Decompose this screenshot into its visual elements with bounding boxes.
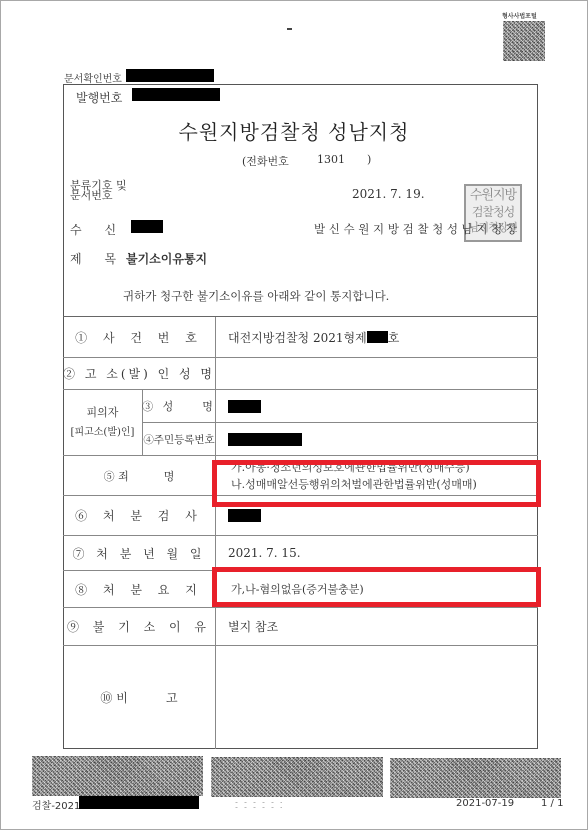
suspect-name-value: [216, 390, 538, 422]
suspect-group-label: 피의자 [피고소(발)인]: [63, 390, 143, 456]
case-number-text: 대전지방검찰청 2021형제: [228, 329, 367, 346]
case-number-value: 대전지방검찰청 2021형제 호: [216, 317, 538, 357]
doc-code-redacted: [79, 796, 199, 809]
barcode-2-icon: [211, 757, 383, 797]
recipient-redacted: [131, 220, 163, 233]
suspect-name-label: ③ 성 명: [143, 390, 216, 422]
agency-title: 수원지방검찰청 성남지청: [0, 116, 588, 145]
doc-code-prefix: 검찰-2021-: [32, 797, 84, 812]
table-row-nonprosecution-reason: ⑨ 불 기 소 이 유 별지 참조: [63, 608, 538, 646]
subject-label: 제 목: [70, 250, 116, 267]
table-row-case-number: ① 사 건 번 호 대전지방검찰청 2021형제 호: [63, 317, 538, 358]
table-row-remarks: ⑩ 비 고: [63, 646, 538, 749]
nonprosecution-reason-label: ⑨ 불 기 소 이 유: [63, 608, 216, 645]
doc-confirm-label: 문서확인번호: [64, 70, 122, 85]
phone-value: 1301: [317, 153, 345, 166]
remarks-value: [216, 646, 538, 749]
nonprosecution-reason-value: 별지 참조: [216, 608, 538, 645]
remarks-label: ⑩ 비 고: [63, 646, 216, 749]
resident-number-redacted: [228, 433, 302, 446]
disposition-date-value: 2021. 7. 15.: [216, 536, 538, 570]
qr-code-icon: [503, 21, 545, 61]
suspect-name-redacted: [228, 400, 261, 413]
table-row-complainant: ② 고 소(발) 인 성 명: [63, 358, 538, 390]
notice-body: 귀하가 청구한 불기소이유를 아래와 같이 통지합니다.: [123, 288, 389, 304]
complainant-label: ② 고 소(발) 인 성 명: [63, 358, 216, 389]
barcode-1-icon: [32, 756, 203, 796]
classification-label-line2: 문서번호: [70, 191, 127, 201]
suspect-sub-label: [피고소(발)인]: [71, 423, 135, 443]
issue-no-redacted: [132, 88, 220, 101]
resident-number-label: ④주민등록번호: [143, 423, 216, 455]
stamp-line-1: 수원지방: [466, 188, 520, 204]
resident-number-value: [216, 423, 538, 455]
doc-confirm-number-redacted: [126, 69, 214, 82]
phone-close: ): [367, 153, 371, 166]
scan-mark: [287, 28, 292, 30]
table-row-suspect-name: ③ 성 명: [143, 390, 538, 423]
sender-label: 발 신 수 원 지 방 검 찰 청 성 남 지 청 장: [314, 221, 517, 237]
notice-table: ① 사 건 번 호 대전지방검찰청 2021형제 호 ② 고 소(발) 인 성 …: [63, 316, 538, 317]
case-number-suffix: 호: [388, 329, 400, 346]
print-date: 2021-07-19: [456, 798, 514, 809]
disposition-date-label: ⑦ 처 분 년 월 일: [63, 536, 216, 570]
case-number-redacted: [367, 331, 388, 343]
charges-label: ⑤ 죄 명: [63, 456, 216, 495]
case-number-label: ① 사 건 번 호: [63, 317, 216, 357]
classification-label: 분류기호 및 문서번호: [70, 181, 127, 201]
highlight-charges: [212, 460, 541, 507]
dots-mark: [232, 800, 282, 808]
phone-label: (전화번호: [242, 153, 289, 169]
table-row-disposition-date: ⑦ 처 분 년 월 일 2021. 7. 15.: [63, 536, 538, 571]
page-number: 1 / 1: [541, 798, 563, 809]
complainant-value: [216, 358, 538, 389]
issue-no-label: 발행번호: [76, 89, 122, 106]
stamp-line-2: 검찰청성: [466, 204, 520, 220]
barcode-3-icon: [390, 758, 561, 798]
table-row-resident-number: ④주민등록번호: [143, 423, 538, 456]
recipient-label: 수 신: [70, 221, 116, 238]
qr-label: 형사사법포털: [502, 11, 537, 20]
subject-value: 불기소이유통지: [126, 250, 207, 267]
prosecutor-redacted: [228, 509, 261, 522]
suspect-label: 피의자: [87, 403, 119, 423]
document-date: 2021. 7. 19.: [352, 187, 425, 201]
highlight-disposition-summary: [212, 567, 541, 607]
prosecutor-label: ⑥ 처 분 검 사: [63, 496, 216, 535]
disposition-summary-label: ⑧ 처 분 요 지: [63, 571, 216, 607]
